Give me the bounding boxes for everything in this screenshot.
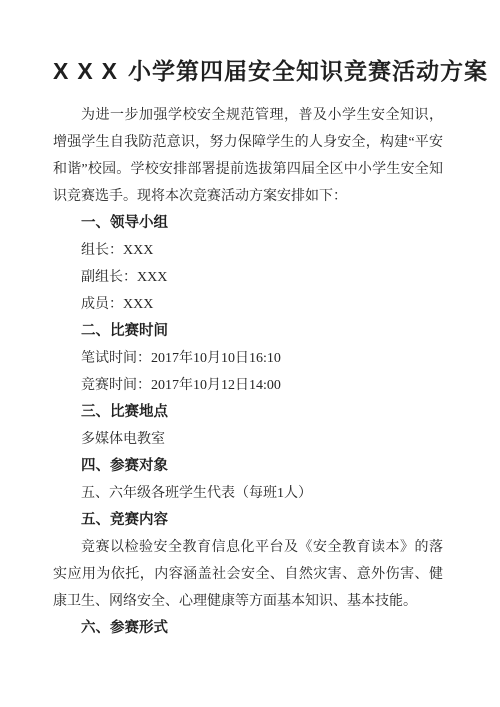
competition-content-paragraph: 竞赛以检验安全教育信息化平台及《安全教育读本》的落实应用为依托，内容涵盖社会安全… (53, 534, 443, 615)
written-test-time-line: 笔试时间：2017年10月10日16:10 (53, 345, 443, 372)
section-heading-participation-format: 六、参赛形式 (53, 615, 443, 642)
contest-time-line: 竞赛时间：2017年10月12日14:00 (53, 372, 443, 399)
title-prefix: XXX (53, 58, 126, 84)
section-heading-competition-venue: 三、比赛地点 (53, 399, 443, 426)
intro-paragraph: 为进一步加强学校安全规范管理，普及小学生安全知识，增强学生自我防范意识，努力保障… (53, 102, 443, 210)
section-heading-leading-group: 一、领导小组 (53, 210, 443, 237)
title-text: 小学第四届安全知识竞赛活动方案 (128, 58, 488, 84)
members-line: 成员：XXX (53, 291, 443, 318)
deputy-leader-line: 副组长：XXX (53, 264, 443, 291)
participants-line: 五、六年级各班学生代表（每班1人） (53, 480, 443, 507)
section-heading-participants: 四、参赛对象 (53, 453, 443, 480)
venue-line: 多媒体电教室 (53, 426, 443, 453)
section-heading-competition-time: 二、比赛时间 (53, 318, 443, 345)
leader-line: 组长：XXX (53, 237, 443, 264)
section-heading-competition-content: 五、竞赛内容 (53, 507, 443, 534)
document-page: XXX小学第四届安全知识竞赛活动方案 为进一步加强学校安全规范管理，普及小学生安… (0, 0, 500, 707)
document-title: XXX小学第四届安全知识竞赛活动方案 (53, 57, 443, 85)
